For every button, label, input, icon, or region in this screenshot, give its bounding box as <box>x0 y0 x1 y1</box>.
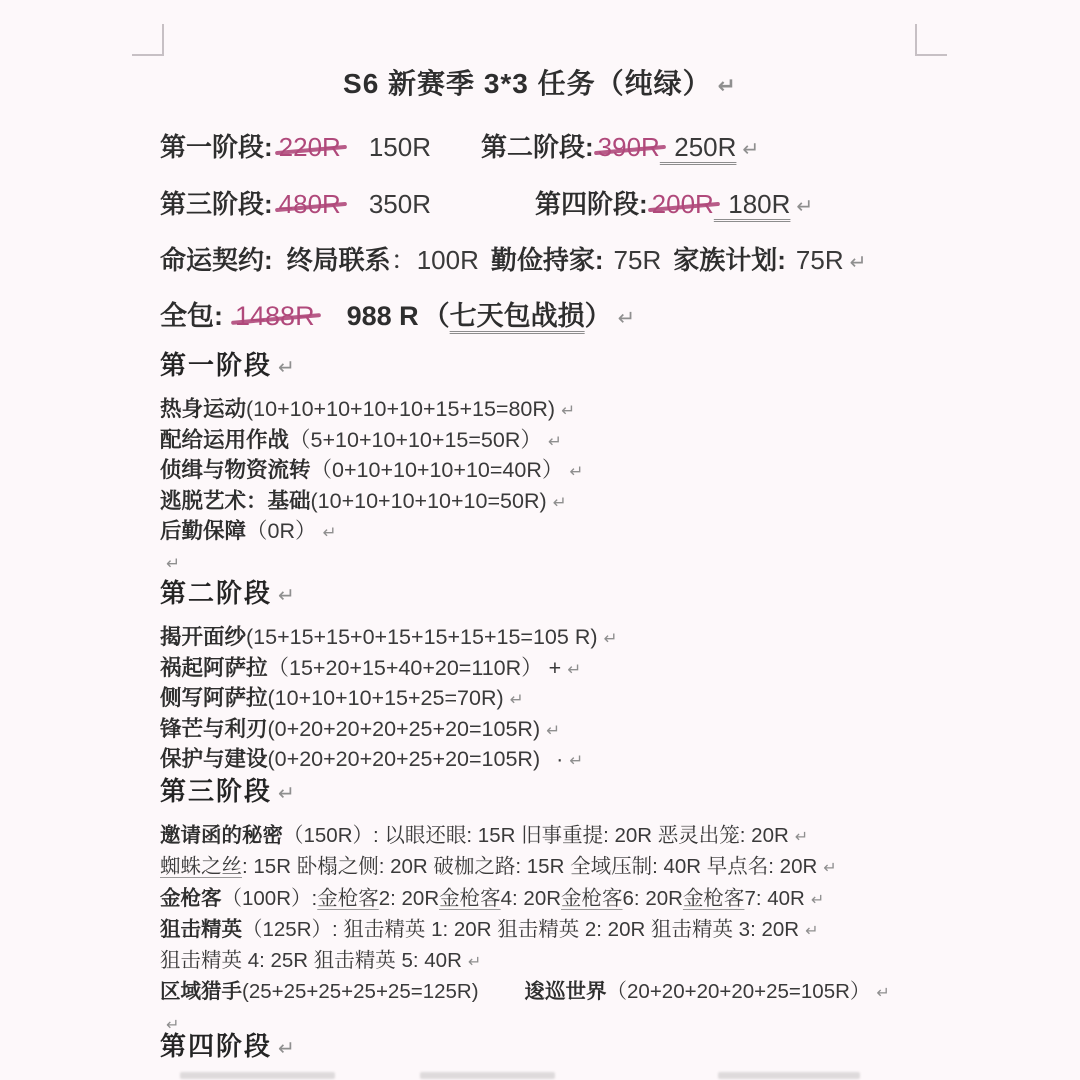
subtask-name: 金枪客 <box>317 884 379 913</box>
paragraph-mark: ↵ <box>553 493 567 512</box>
task-breakdown: (0+20+20+20+25+20=105R) <box>268 715 541 744</box>
task-breakdown: （125R）: 狙击精英 1: 20R 狙击精英 2: 20R 狙击精英 3: … <box>242 915 799 944</box>
destiny-contract-row: 命运契约:终局联系：100R勤俭持家:75R家族计划:75R↵ <box>160 240 867 277</box>
task-breakdown: （5+10+10+10+15=50R） <box>289 426 542 455</box>
paragraph-mark: ↵ <box>323 523 337 542</box>
task-line: 邀请函的秘密（150R）: 以眼还眼: 15R 旧事重提: 20R 恶灵出笼: … <box>160 821 980 852</box>
bundle-note-paren: （ <box>423 294 450 333</box>
stage-price-row-1: 第一阶段:220R150R第二阶段:390R 250R↵ <box>160 127 759 164</box>
task-line: 区域猎手(25+25+25+25+25=125R)逡巡世界（20+20+20+2… <box>160 977 980 1008</box>
paragraph-mark: ↵ <box>561 401 575 420</box>
paragraph-mark: ↵ <box>795 829 808 846</box>
bundle-note-paren: ） <box>585 294 612 333</box>
section-stage-3: 第三阶段↵ 邀请函的秘密（150R）: 以眼还眼: 15R 旧事重提: 20R … <box>160 774 980 1040</box>
section-heading: 第四阶段↵ <box>160 1029 980 1066</box>
stage-2-label: 第二阶段: <box>481 127 594 164</box>
text-boundary-mark-top-left <box>132 24 164 56</box>
task-line: 后勤保障（0R）↵ <box>160 517 980 548</box>
paragraph-mark: ↵ <box>567 660 581 679</box>
task-name: 金枪客 <box>160 884 222 913</box>
text-boundary-mark-top-right <box>915 24 947 56</box>
paragraph-mark: ↵ <box>278 783 295 805</box>
task-line: 金枪客（100R）: 金枪客 2: 20R 金枪客 4: 20R 金枪客 6: … <box>160 884 980 915</box>
bundle-new-price: 988 R <box>347 301 419 332</box>
task-name: 区域猎手 <box>160 977 242 1006</box>
task-breakdown: (10+10+10+10+10=50R) <box>311 487 547 516</box>
task-name: 逃脱艺术：基础 <box>160 487 311 516</box>
task-name: 后勤保障 <box>160 517 246 546</box>
task-name: 祸起阿萨拉 <box>160 654 268 683</box>
cutoff-text-fragment <box>420 1072 555 1079</box>
subtask-price: 6: 20R <box>623 884 683 913</box>
task-breakdown: (0+20+20+20+25+20=105R) <box>268 745 541 774</box>
task-line: 蜘蛛之丝: 15R 卧榻之侧: 20R 破枷之路: 15R 全域压制: 40R … <box>160 852 980 883</box>
stage-4-old-price: 200R <box>652 189 714 220</box>
cutoff-text-line <box>160 1072 920 1080</box>
task-name: 邀请函的秘密 <box>160 821 283 850</box>
paragraph-mark: ↵ <box>278 1038 295 1060</box>
stage-4-label: 第四阶段: <box>535 184 648 221</box>
section-task-list: 热身运动 (10+10+10+10+10+15+15=80R)↵配给运用作战（5… <box>160 395 980 579</box>
section-task-list: 揭开面纱 (15+15+15+0+15+15+15+15=105 R)↵祸起阿萨… <box>160 623 980 776</box>
task-name: 保护与建设 <box>160 745 268 774</box>
section-heading-text: 第二阶段 <box>160 576 272 610</box>
bundle-price-row: 全包:1488R988 R（七天包战损）↵ <box>160 294 635 333</box>
task-line: 锋芒与利刃 (0+20+20+20+25+20=105R)↵ <box>160 715 980 746</box>
task-name: 揭开面纱 <box>160 623 246 652</box>
section-stage-1: 第一阶段↵ 热身运动 (10+10+10+10+10+15+15=80R)↵配给… <box>160 348 980 579</box>
contract-item-price: 75R <box>796 245 844 276</box>
task-line: 狙击精英（125R）: 狙击精英 1: 20R 狙击精英 2: 20R 狙击精英… <box>160 915 980 946</box>
cutoff-text-fragment <box>718 1072 860 1079</box>
task-line: 配给运用作战（5+10+10+10+15=50R）↵ <box>160 426 980 457</box>
task-line: 狙击精英 4: 25R 狙击精英 5: 40R↵ <box>160 946 980 977</box>
stage-3-old-price: 480R <box>279 189 341 220</box>
section-task-list: 邀请函的秘密（150R）: 以眼还眼: 15R 旧事重提: 20R 恶灵出笼: … <box>160 821 980 1040</box>
paragraph-mark: ↵ <box>823 860 836 877</box>
paragraph-mark: ↵ <box>850 252 867 274</box>
task-name: 热身运动 <box>160 395 246 424</box>
contract-item-name: 勤俭持家: <box>491 240 604 277</box>
section-heading: 第三阶段↵ <box>160 774 980 811</box>
task-name: 侦缉与物资流转 <box>160 456 311 485</box>
stage-2-new-price: 250R <box>660 132 737 163</box>
paragraph-mark: ↵ <box>166 554 180 573</box>
contract-item-price: 75R <box>614 245 662 276</box>
task-breakdown: (10+10+10+10+10+15+15=80R) <box>246 395 555 424</box>
paragraph-mark: ↵ <box>742 139 759 161</box>
task-breakdown: （20+20+20+20+25=105R） <box>607 977 871 1006</box>
stage-1-label: 第一阶段: <box>160 127 273 164</box>
section-heading-text: 第四阶段 <box>160 1029 272 1063</box>
task-breakdown: : 15R 卧榻之侧: 20R 破枷之路: 15R 全域压制: 40R 早点名:… <box>242 852 817 881</box>
task-breakdown: （15+20+15+40+20=110R） + <box>268 654 562 683</box>
subtask-name: 金枪客 <box>683 884 745 913</box>
paragraph-mark: ↵ <box>546 721 560 740</box>
stage-3-label: 第三阶段: <box>160 184 273 221</box>
task-breakdown: 狙击精英 4: 25R 狙击精英 5: 40R <box>160 946 462 975</box>
contract-item-name: 终局联系 <box>287 240 391 277</box>
cutoff-text-fragment <box>180 1072 335 1079</box>
task-breakdown: （100R）: <box>222 884 318 913</box>
task-name: 锋芒与利刃 <box>160 715 268 744</box>
task-line: 侦缉与物资流转（0+10+10+10+10=40R）↵ <box>160 456 980 487</box>
paragraph-mark: ↵ <box>604 629 618 648</box>
paragraph-mark: ↵ <box>548 432 562 451</box>
task-breakdown: （0+10+10+10+10=40R） <box>311 456 564 485</box>
stage-2-old-price: 390R <box>598 132 660 163</box>
task-name: 配给运用作战 <box>160 426 289 455</box>
bundle-old-price: 1488R <box>235 301 315 332</box>
subtask-price: 2: 20R <box>379 884 439 913</box>
paragraph-mark: ↵ <box>569 462 583 481</box>
document-title-row: S6 新赛季 3*3 任务（纯绿）↵ <box>0 62 1080 102</box>
destiny-contract-label: 命运契约: <box>160 240 273 277</box>
section-heading-text: 第三阶段 <box>160 774 272 808</box>
paragraph-mark: ↵ <box>278 357 295 379</box>
paragraph-mark: ↵ <box>876 985 889 1002</box>
task-breakdown: (10+10+10+15+25=70R) <box>268 684 504 713</box>
task-name: 蜘蛛之丝 <box>160 852 242 881</box>
task-name: 逡巡世界 <box>525 977 607 1006</box>
contract-item-price: ：100R <box>391 240 479 277</box>
task-breakdown: （150R）: 以眼还眼: 15R 旧事重提: 20R 恶灵出笼: 20R <box>283 821 789 850</box>
paragraph-mark: ↵ <box>569 751 583 770</box>
section-heading: 第一阶段↵ <box>160 348 980 385</box>
task-line: 揭开面纱 (15+15+15+0+15+15+15+15=105 R)↵ <box>160 623 980 654</box>
task-line: 保护与建设 (0+20+20+20+25+20=105R)·↵ <box>160 745 980 776</box>
stage-4-new-price: 180R <box>714 189 791 220</box>
document-page: S6 新赛季 3*3 任务（纯绿）↵ 第一阶段:220R150R第二阶段:390… <box>0 0 1080 1080</box>
subtask-price: 7: 40R <box>744 884 804 913</box>
bundle-label: 全包: <box>160 294 223 333</box>
paragraph-mark: ↵ <box>811 892 824 909</box>
task-breakdown: (25+25+25+25+25=125R) <box>242 977 479 1006</box>
subtask-name: 金枪客 <box>439 884 501 913</box>
task-name: 侧写阿萨拉 <box>160 684 268 713</box>
subtask-price: 4: 20R <box>501 884 561 913</box>
paragraph-mark: ↵ <box>718 73 737 98</box>
task-breakdown: （0R） <box>246 517 316 546</box>
stage-price-row-2: 第三阶段:480R350R第四阶段:200R 180R↵ <box>160 184 813 221</box>
stage-3-new-price: 350R <box>369 189 431 220</box>
section-stage-2: 第二阶段↵ 揭开面纱 (15+15+15+0+15+15+15+15=105 R… <box>160 576 980 776</box>
task-breakdown: (15+15+15+0+15+15+15+15=105 R) <box>246 623 598 652</box>
task-line: 热身运动 (10+10+10+10+10+15+15=80R)↵ <box>160 395 980 426</box>
page-title: S6 新赛季 3*3 任务（纯绿） <box>343 62 712 102</box>
task-line: ↵ <box>160 548 980 579</box>
paragraph-mark: ↵ <box>278 585 295 607</box>
task-line: 祸起阿萨拉（15+20+15+40+20=110R） +↵ <box>160 654 980 685</box>
bundle-note: 七天包战损 <box>450 294 585 333</box>
paragraph-mark: ↵ <box>796 196 813 218</box>
paragraph-mark: ↵ <box>805 923 818 940</box>
section-stage-4: 第四阶段↵ <box>160 1029 980 1076</box>
paragraph-mark: ↵ <box>618 307 636 330</box>
stray-dot: · <box>556 745 563 774</box>
section-heading: 第二阶段↵ <box>160 576 980 613</box>
subtask-name: 金枪客 <box>561 884 623 913</box>
stage-1-new-price: 150R <box>369 132 431 163</box>
task-name: 狙击精英 <box>160 915 242 944</box>
contract-item-name: 家族计划: <box>673 240 786 277</box>
section-heading-text: 第一阶段 <box>160 348 272 382</box>
stage-1-old-price: 220R <box>279 132 341 163</box>
paragraph-mark: ↵ <box>468 954 481 971</box>
paragraph-mark: ↵ <box>510 690 524 709</box>
task-line: 侧写阿萨拉 (10+10+10+15+25=70R)↵ <box>160 684 980 715</box>
task-line: 逃脱艺术：基础 (10+10+10+10+10=50R)↵ <box>160 487 980 518</box>
